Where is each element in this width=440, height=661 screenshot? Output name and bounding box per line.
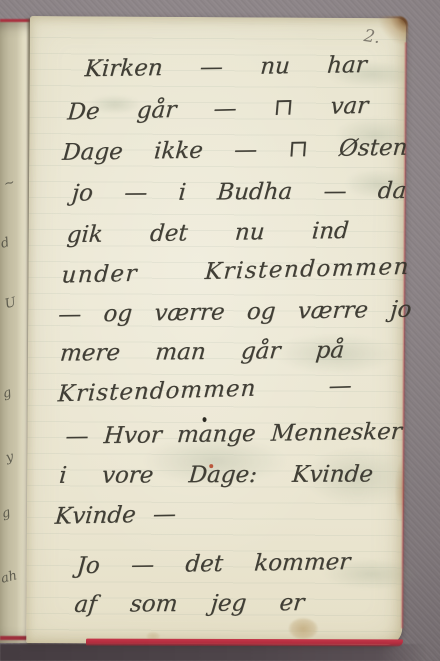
red-ink-dot — [209, 464, 213, 468]
handwriting-line: Kristendommen — — [57, 375, 353, 407]
book-cover-shadow — [0, 644, 430, 661]
handwriting-line: gik det nu ind — [66, 220, 350, 247]
handwriting-line: af som jeg er — [73, 592, 305, 617]
photograph-background: ~ d U g y g ah 2. Kirken — nu har De går… — [0, 0, 440, 661]
handwriting-line: — og værre og værre jo — [57, 299, 412, 327]
handwriting-line: i vore Dage: Kvinde — [58, 463, 374, 487]
handwriting-line: Kirken — nu har — [84, 54, 368, 81]
handwriting-line: mere man går på — [59, 339, 345, 365]
red-stained-edge-bottom — [86, 639, 403, 647]
page-number: 2. — [363, 26, 382, 48]
handwriting-line: — Hvor mange Mennesker — [65, 421, 403, 449]
handwriting-line: De går — ⊓ var — [67, 95, 370, 125]
handwriting-line: Jo — det kommer — [76, 551, 351, 578]
handwriting-line: jo — i Budha — da — [71, 180, 407, 206]
handwriting-line: under Kristendommen — [61, 256, 411, 288]
ink-dot — [203, 417, 207, 422]
red-stained-edge-right — [401, 42, 407, 628]
paper-stain — [288, 618, 318, 640]
handwriting-line: Kvinde — — [54, 503, 177, 528]
handwriting-line: Dage ikke — ⊓ Østen — [61, 137, 408, 165]
notebook-page: 2. Kirken — nu har De går — ⊓ var Dage i… — [26, 16, 406, 645]
